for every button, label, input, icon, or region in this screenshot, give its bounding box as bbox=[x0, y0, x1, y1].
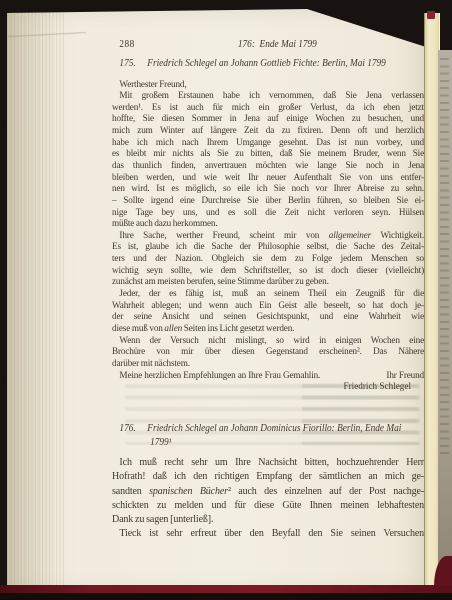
letter-number: 175. bbox=[112, 58, 147, 70]
text-line: Es ist, glaube ich die Sache der Philoso… bbox=[112, 241, 424, 253]
text-line: nen wird. Ist es möglich, so eile ich Si… bbox=[112, 183, 424, 195]
text-line: Brochüre von mir über diesen Gegenstand … bbox=[112, 346, 424, 358]
text-line: Wenn der Versuch nicht mislingt, so wird… bbox=[112, 335, 424, 347]
text-line: Dank zu sagen [unterließ]. bbox=[112, 512, 424, 526]
text-line: Ihre Sache, werther Freund, scheint mir … bbox=[112, 230, 424, 242]
text-line: mich zum Winter auf längere Zeit da zu f… bbox=[112, 125, 424, 137]
book-photo: { "book": { "cover_color": "#181310", "c… bbox=[0, 0, 452, 600]
paragraph: Jeder, der es fähig ist, muß an seinem T… bbox=[112, 288, 424, 335]
paragraph: Ihre Sache, werther Freund, scheint mir … bbox=[112, 230, 424, 288]
text-line: ters und der Nazion. Obgleich sie dem zu… bbox=[112, 253, 424, 265]
running-head: 288 176: Ende Mai 1799 bbox=[112, 39, 424, 51]
paragraph: Ich muß recht sehr um Ihre Nachsicht bit… bbox=[112, 455, 424, 526]
text-column: 288 176: Ende Mai 1799 175.Friedrich Sch… bbox=[112, 9, 424, 540]
page-corner-fold bbox=[8, 28, 86, 41]
text-line: Hofrath! daß ich den richtigen Empfang d… bbox=[112, 469, 424, 483]
paragraph: Wenn der Versuch nicht mislingt, so wird… bbox=[112, 335, 424, 370]
text-line: habe ich mich nach Ihrem Umgange gesehnt… bbox=[112, 137, 424, 149]
text-line: das thunlich finden, anvertrauen möchten… bbox=[112, 160, 424, 172]
text-line: hoffte, Sie diesen Sommer in Jena auf ei… bbox=[112, 113, 424, 125]
cover-bottom bbox=[0, 593, 452, 600]
paragraph: Mit großem Erstaunen habe ich vernommen,… bbox=[112, 90, 424, 230]
closing-right: Ihr Freund bbox=[386, 370, 424, 382]
paragraph: Tieck ist sehr erfreut über den Beyfall … bbox=[112, 526, 424, 540]
text-line: sandten spanischen Bücher² auch des einz… bbox=[112, 484, 424, 498]
text-line: bleiben werden, und wie weit Ihr neuer A… bbox=[112, 172, 424, 184]
letter-heading-line: 176.Friedrich Schlegel an Johann Dominic… bbox=[112, 422, 424, 436]
page-edge-striations bbox=[7, 9, 65, 592]
letter-title: Friedrich Schlegel an Johann Dominicus F… bbox=[147, 423, 401, 434]
facing-page-edge bbox=[438, 50, 452, 577]
text-line: Ich muß recht sehr um Ihre Nachsicht bit… bbox=[112, 455, 424, 469]
text-line: diese muß von allen Seiten ins Licht ges… bbox=[112, 323, 424, 335]
text-line: nige Tage bey uns, und es soll die Zeit … bbox=[112, 207, 424, 219]
book-page: 288 176: Ende Mai 1799 175.Friedrich Sch… bbox=[7, 9, 426, 592]
bookmark-ribbon-icon bbox=[427, 11, 435, 19]
text-line: müßte auch dazu herkommen. bbox=[112, 218, 424, 230]
text-line: Jeder, der es fähig ist, muß an seinem T… bbox=[112, 288, 424, 300]
text-line: Mit großem Erstaunen habe ich vernommen,… bbox=[112, 90, 424, 102]
letter-heading: 176.Friedrich Schlegel an Johann Dominic… bbox=[112, 422, 424, 450]
text-line: darüber mit nächstem. bbox=[112, 358, 424, 370]
text-line: Tieck ist sehr erfreut über den Beyfall … bbox=[112, 526, 424, 540]
salutation: Werthester Freund, bbox=[112, 79, 424, 91]
text-line: zunächst am meisten berufen, seine Stimm… bbox=[112, 276, 424, 288]
text-line: wichtig seyn sollte, wie dem Schriftstel… bbox=[112, 265, 424, 277]
closing-text: Meine herzlichen Empfehlungen an Ihre Fr… bbox=[112, 370, 320, 382]
signature: Friedrich Schlegel bbox=[112, 381, 424, 393]
page-number: 288 bbox=[112, 39, 135, 50]
letter-title: Friedrich Schlegel an Johann Gottlieb Fi… bbox=[147, 58, 386, 69]
text-line: der seine Ansicht und seinen Gesichtspun… bbox=[112, 311, 424, 323]
text-line: schickten zu melden und für diese Güte I… bbox=[112, 498, 424, 512]
letter-number: 176. bbox=[112, 422, 147, 436]
letter-176: 176.Friedrich Schlegel an Johann Dominic… bbox=[112, 422, 424, 541]
closing-line: Meine herzlichen Empfehlungen an Ihre Fr… bbox=[112, 370, 424, 382]
text-line: werden¹. Es ist auch für mich ein großer… bbox=[112, 102, 424, 114]
letter-heading-line: 1799¹ bbox=[112, 436, 424, 450]
letter-175: 175.Friedrich Schlegel an Johann Gottlie… bbox=[112, 58, 424, 393]
letter-heading-line: 175.Friedrich Schlegel an Johann Gottlie… bbox=[112, 58, 424, 70]
text-line: – Sollte irgend eine Durchreise Sie über… bbox=[112, 195, 424, 207]
text-line: es bleibt mir nichts als Sie zu bitten, … bbox=[112, 148, 424, 160]
letter-heading: 175.Friedrich Schlegel an Johann Gottlie… bbox=[112, 58, 424, 70]
running-head-title: 176: Ende Mai 1799 bbox=[238, 39, 317, 51]
facing-page-ghost-text bbox=[440, 58, 449, 458]
text-line: Wahrheit ablegen; und wenn auch Ein Geis… bbox=[112, 300, 424, 312]
